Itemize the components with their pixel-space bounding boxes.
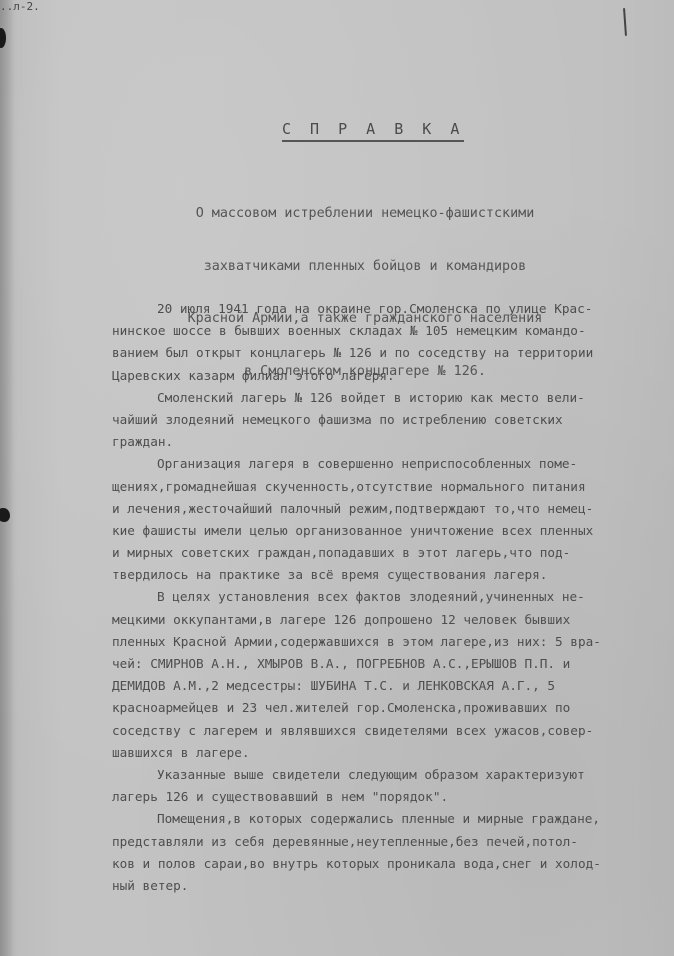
- text-line: Указанные выше свидетели следующим образ…: [112, 764, 674, 786]
- page-edge-shadow: [0, 0, 14, 956]
- text-line: твердилось на практике за всё время суще…: [112, 564, 674, 586]
- paragraph: Помещения,в которых содержались пленные …: [112, 808, 674, 897]
- text-line: Организация лагеря в совершенно неприспо…: [112, 453, 674, 475]
- punch-hole-mark: [0, 508, 10, 522]
- text-line: соседству с лагерем и являвшихся свидете…: [112, 720, 674, 742]
- text-line: и мирных советских граждан,попадавших в …: [112, 542, 674, 564]
- text-line: нинское шоссе в бывших военных складах №…: [112, 320, 674, 342]
- text-line: граждан.: [112, 431, 674, 453]
- text-line: 20 июля 1941 года на окраине гор.Смоленс…: [112, 298, 674, 320]
- text-line: мецкими оккупантами,в лагере 126 допроше…: [112, 609, 674, 631]
- text-line: представляли из себя деревянные,неутепле…: [112, 831, 674, 853]
- document-title: С П Р А В К А: [282, 120, 464, 142]
- paragraph: Смоленский лагерь № 126 войдет в историю…: [112, 387, 674, 454]
- text-line: В целях установления всех фактов злодеян…: [112, 586, 674, 608]
- text-line: чайший злодеяний немецкого фашизма по ис…: [112, 409, 674, 431]
- text-line: Помещения,в которых содержались пленные …: [112, 808, 674, 830]
- text-line: шавшихся в лагере.: [112, 742, 674, 764]
- text-line: щениях,громаднейшая скученность,отсутств…: [112, 476, 674, 498]
- subtitle-line: захватчиками пленных бойцов и командиров: [155, 258, 575, 276]
- text-line: ванием был открыт концлагерь № 126 и по …: [112, 342, 674, 364]
- text-line: и лечения,жесточайший палочный режим,под…: [112, 498, 674, 520]
- text-line: красноармейцев и 23 чел.жителей гор.Смол…: [112, 697, 674, 719]
- document-body: 20 июля 1941 года на окраине гор.Смоленс…: [112, 298, 674, 897]
- text-line: пленных Красной Армии,содержавшихся в эт…: [112, 631, 674, 653]
- text-line: ДЕМИДОВ А.М.,2 медсестры: ШУБИНА Т.С. и …: [112, 675, 674, 697]
- paragraph: В целях установления всех фактов злодеян…: [112, 586, 674, 764]
- text-line: Смоленский лагерь № 126 войдет в историю…: [112, 387, 674, 409]
- scanned-document-page: ..л-2. С П Р А В К А О массовом истребле…: [0, 0, 674, 956]
- paragraph: Указанные выше свидетели следующим образ…: [112, 764, 674, 808]
- handwritten-page-number: [623, 8, 627, 36]
- text-line: чей: СМИРНОВ А.Н., ХМЫРОВ В.А., ПОГРЕБНО…: [112, 653, 674, 675]
- text-line: ков и полов сараи,во внутрь которых прон…: [112, 853, 674, 875]
- archive-mark: ..л-2.: [0, 0, 40, 13]
- text-line: ный ветер.: [112, 875, 674, 897]
- text-line: Царевских казарм филиал этого лагеря.: [112, 365, 674, 387]
- paragraph: 20 июля 1941 года на окраине гор.Смоленс…: [112, 298, 674, 387]
- subtitle-line: О массовом истреблении немецко-фашистски…: [155, 205, 575, 223]
- text-line: кие фашисты имели целью организованное у…: [112, 520, 674, 542]
- paragraph: Организация лагеря в совершенно неприспо…: [112, 453, 674, 586]
- text-line: лагерь 126 и существовавший в нем "поряд…: [112, 786, 674, 808]
